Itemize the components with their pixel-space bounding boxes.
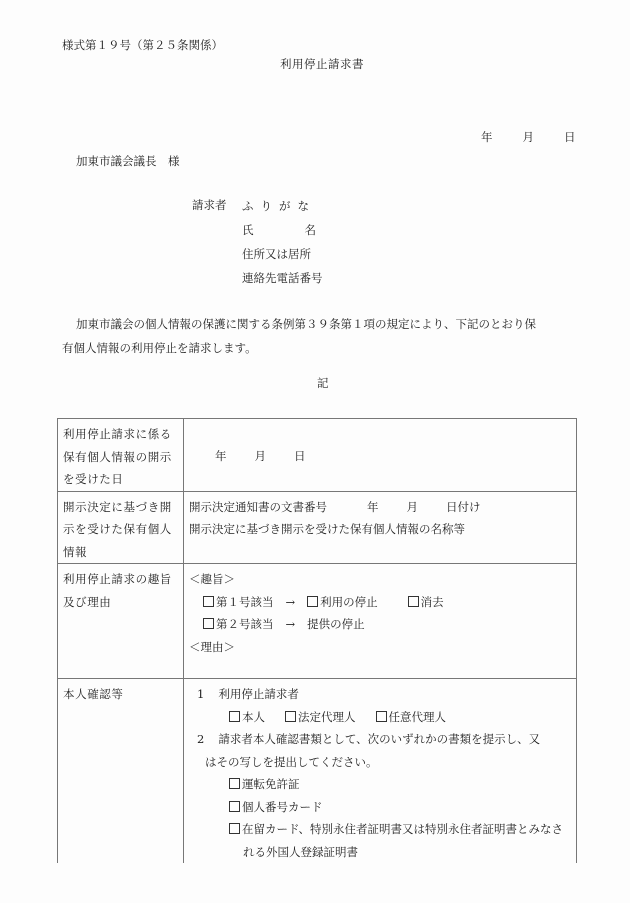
year-label: 年 (367, 500, 379, 514)
legal-agent-label: 法定代理人 (298, 710, 356, 724)
year-label: 年 (215, 449, 227, 463)
date-year-label: 年 (481, 132, 493, 144)
name-label-left: 氏 (242, 224, 254, 248)
form-number: 様式第１９号（第２５条関係） (62, 40, 223, 52)
request-statement: 加東市議会の個人情報の保護に関する条例第３９条第１項の規定により、下記のとおり保… (62, 312, 582, 360)
request-details-table: 利用停止請求に係る保有個人情報の開示を受けた日 年月日 開示決定に基づき開示を受… (57, 418, 577, 863)
option-2-line: 第２号該当→提供の停止 (189, 613, 571, 636)
name-label-right: 名 (305, 224, 317, 248)
statement-line-2: 有個人情報の利用停止を請求します。 (62, 336, 582, 360)
date-month-label: 月 (523, 132, 535, 144)
document-option-3-continuation: れる外国人登録証明書 (189, 841, 571, 864)
furigana-field[interactable]: ふりがな (242, 200, 323, 224)
identity-field: 1利用停止請求者 本人法定代理人任意代理人 2請求者本人確認書類として、次のいず… (184, 679, 577, 864)
option-1-label: 第１号該当 (216, 595, 274, 609)
label-purpose-reason: 利用停止請求の趣旨及び理由 (58, 564, 184, 679)
item-2-continuation: はその写しを提出してください。 (189, 751, 571, 774)
table-row-purpose-reason: 利用停止請求の趣旨及び理由 ＜趣旨＞ 第１号該当→利用の停止消去 第２号該当→提… (58, 564, 577, 679)
item-2-text: 請求者本人確認書類として、次のいずれかの書類を提示し、又 (218, 732, 540, 746)
checkbox-option-1[interactable] (203, 596, 214, 607)
requester-fields: ふりがな 氏 名 住所又は居所 連絡先電話番号 (242, 200, 323, 296)
purpose-heading: ＜趣旨＞ (189, 568, 571, 591)
item-1-line: 1利用停止請求者 (189, 683, 571, 706)
item-2-number: 2 (197, 732, 204, 746)
voluntary-agent-label: 任意代理人 (389, 710, 447, 724)
arrow-icon: → (286, 595, 296, 609)
checkbox-legal-agent[interactable] (285, 711, 296, 722)
reason-heading: ＜理由＞ (189, 636, 571, 659)
option-1-line: 第１号該当→利用の停止消去 (189, 591, 571, 614)
my-number-card-label: 個人番号カード (242, 800, 323, 814)
checkbox-erase[interactable] (408, 596, 419, 607)
date-day-label: 日 (564, 132, 576, 144)
self-label: 本人 (242, 710, 265, 724)
label-disclosed-info: 開示決定に基づき開示を受けた保有個人情報 (58, 491, 184, 564)
checkbox-self[interactable] (229, 711, 240, 722)
checkbox-residence-card[interactable] (229, 823, 240, 834)
ki-heading: 記 (317, 378, 329, 390)
stop-provision-label: 提供の停止 (307, 617, 365, 631)
month-label: 月 (407, 500, 419, 514)
notice-number-line: 開示決定通知書の文書番号年月日付け (189, 496, 571, 519)
disclosed-info-field[interactable]: 開示決定通知書の文書番号年月日付け 開示決定に基づき開示を受けた保有個人情報の名… (184, 491, 577, 564)
label-disclosure-date: 利用停止請求に係る保有個人情報の開示を受けた日 (58, 419, 184, 492)
request-date: 年月日 (481, 132, 576, 144)
requester-label: 請求者 (192, 200, 227, 212)
address-field[interactable]: 住所又は居所 (242, 248, 323, 272)
purpose-reason-field: ＜趣旨＞ 第１号該当→利用の停止消去 第２号該当→提供の停止 ＜理由＞ (184, 564, 577, 679)
checkbox-my-number-card[interactable] (229, 801, 240, 812)
residence-card-label: 在留カード、特別永住者証明書又は特別永住者証明書とみなさ (242, 822, 563, 836)
checkbox-voluntary-agent[interactable] (376, 711, 387, 722)
item-1-number: 1 (197, 687, 204, 701)
checkbox-drivers-license[interactable] (229, 778, 240, 789)
document-option-1: 運転免許証 (189, 773, 571, 796)
info-name-line: 開示決定に基づき開示を受けた保有個人情報の名称等 (189, 518, 571, 541)
month-label: 月 (255, 449, 267, 463)
option-2-label: 第２号該当 (216, 617, 274, 631)
statement-line-1: 加東市議会の個人情報の保護に関する条例第３９条第１項の規定により、下記のとおり保 (62, 312, 582, 336)
stop-use-label: 利用の停止 (320, 595, 378, 609)
checkbox-stop-use[interactable] (307, 596, 318, 607)
dated-label: 日付け (446, 500, 481, 514)
table-row-disclosure-date: 利用停止請求に係る保有個人情報の開示を受けた日 年月日 (58, 419, 577, 492)
item-2-line: 2請求者本人確認書類として、次のいずれかの書類を提示し、又 (189, 728, 571, 751)
arrow-icon: → (286, 617, 296, 631)
disclosure-date-field[interactable]: 年月日 (184, 419, 577, 492)
label-identity: 本人確認等 (58, 679, 184, 864)
addressee: 加東市議会議長 様 (76, 156, 180, 168)
table-row-disclosed-info: 開示決定に基づき開示を受けた保有個人情報 開示決定通知書の文書番号年月日付け 開… (58, 491, 577, 564)
document-title: 利用停止請求書 (280, 59, 364, 71)
document-option-3: 在留カード、特別永住者証明書又は特別永住者証明書とみなさ (189, 818, 571, 841)
checkbox-option-2[interactable] (203, 618, 214, 629)
table-row-identity: 本人確認等 1利用停止請求者 本人法定代理人任意代理人 2請求者本人確認書類とし… (58, 679, 577, 864)
phone-field[interactable]: 連絡先電話番号 (242, 272, 323, 296)
drivers-license-label: 運転免許証 (242, 777, 300, 791)
name-field[interactable]: 氏 名 (242, 224, 316, 248)
requester-type-line: 本人法定代理人任意代理人 (189, 706, 571, 729)
document-option-2: 個人番号カード (189, 796, 571, 819)
erase-label: 消去 (421, 595, 444, 609)
notice-number-label: 開示決定通知書の文書番号 (189, 500, 327, 514)
day-label: 日 (294, 449, 306, 463)
item-1-title: 利用停止請求者 (218, 687, 299, 701)
